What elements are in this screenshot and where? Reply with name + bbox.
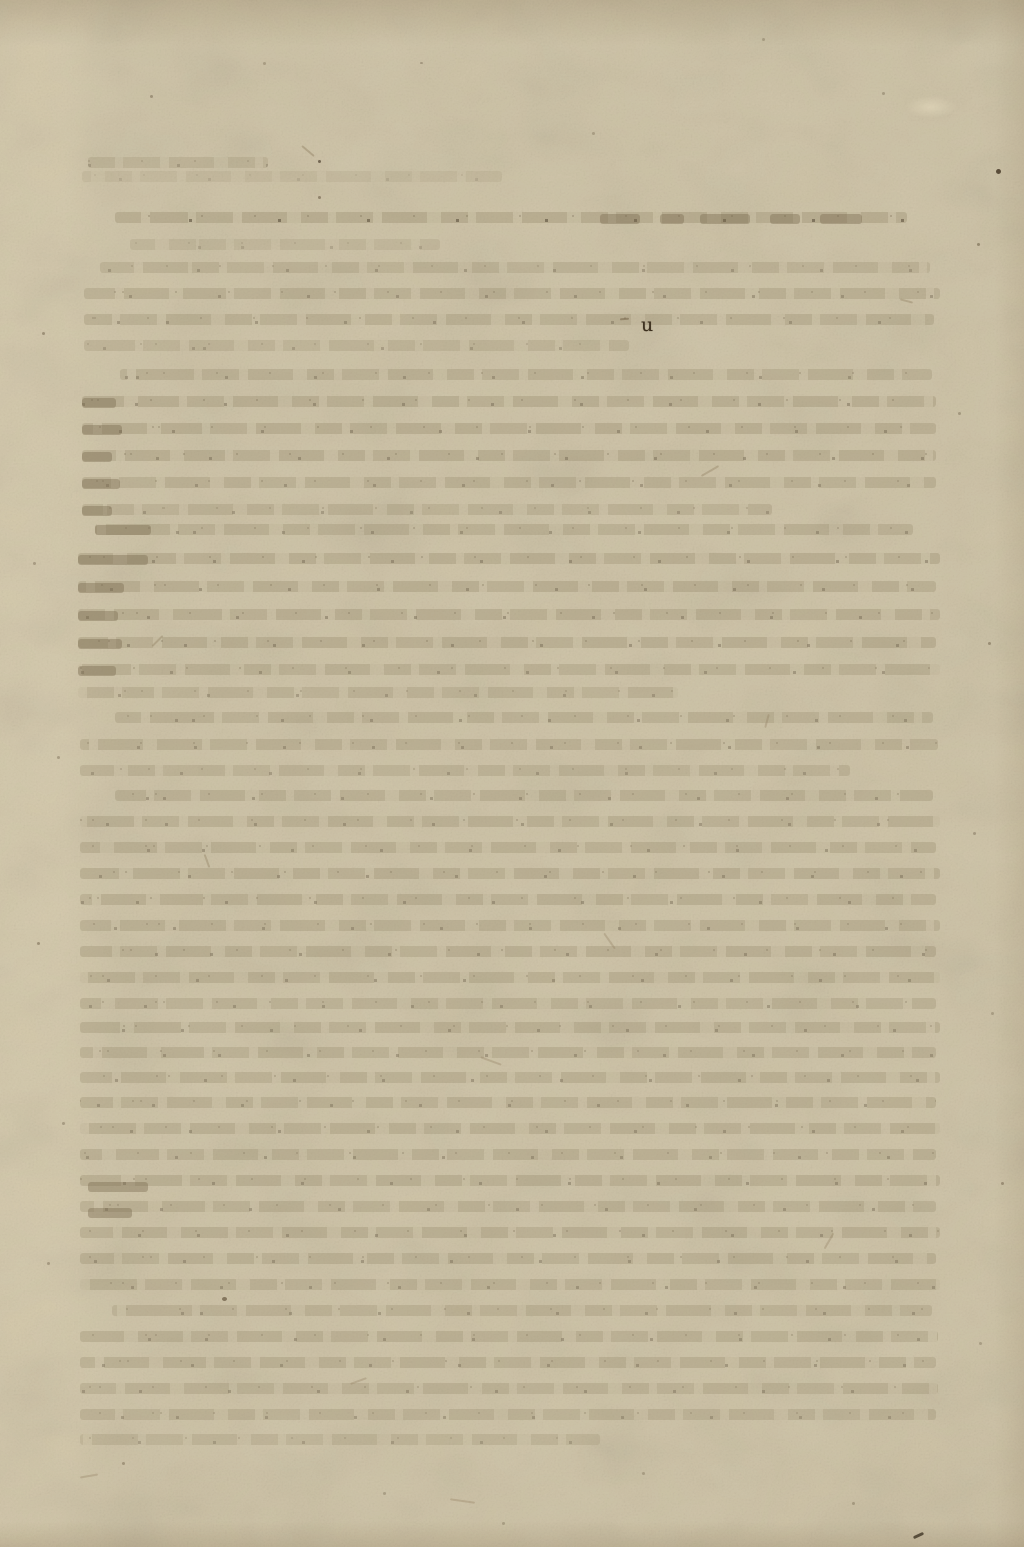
faded-text-line (80, 765, 850, 776)
paper-speck (592, 132, 595, 135)
faded-text-line (80, 1149, 936, 1160)
faded-word-fragment (78, 666, 116, 676)
faded-text-line (80, 1357, 936, 1368)
faded-text-line (80, 946, 936, 957)
faded-text-line (80, 1253, 936, 1264)
faded-text-line (84, 340, 629, 351)
paper-speck (57, 756, 60, 759)
paper-fiber (900, 298, 913, 303)
paper-speck (318, 196, 321, 199)
faded-text-line (80, 1123, 940, 1134)
faded-text-line (80, 1331, 938, 1342)
faded-word-fragment (78, 611, 118, 621)
paper-fiber (450, 1498, 475, 1503)
faded-word-fragment (88, 1182, 148, 1192)
faded-text-line (78, 664, 940, 675)
paper-speck (420, 62, 423, 64)
paper-smudge (905, 96, 957, 118)
faded-word-fragment (82, 452, 112, 462)
paper-speck (958, 412, 961, 415)
faded-word-fragment (78, 639, 122, 649)
paper-speck (42, 332, 45, 335)
scanned-page: u (0, 0, 1024, 1547)
faded-word-fragment (600, 214, 640, 224)
faded-text-line (112, 1305, 932, 1316)
faded-text-line (120, 369, 932, 380)
faded-word-fragment (660, 214, 684, 224)
paper-speck (979, 1342, 982, 1345)
faded-text-line (84, 288, 940, 299)
faded-text-line (84, 314, 934, 325)
paper-speck (62, 1122, 65, 1125)
faded-text-line (80, 1175, 940, 1186)
faded-text-line (78, 553, 940, 564)
paper-speck (977, 243, 980, 246)
paper-speck (973, 832, 976, 835)
paper-speck (37, 942, 40, 945)
paper-speck (33, 562, 36, 565)
paper-fiber (80, 1473, 98, 1478)
faded-text-line (82, 396, 936, 407)
faded-text-line (80, 1047, 936, 1058)
paper-speck (1001, 1182, 1004, 1185)
faded-text-line (80, 868, 940, 879)
faded-text-line (78, 687, 678, 698)
paper-speck (383, 1492, 386, 1495)
faded-text-line (80, 1383, 938, 1394)
faded-text-line (130, 239, 440, 250)
faded-text-line (100, 262, 930, 273)
paper-speck (263, 62, 266, 65)
legible-character: u (641, 316, 653, 335)
faded-text-line (80, 920, 940, 931)
paper-speck (222, 1297, 227, 1301)
faded-text-line (80, 1022, 940, 1033)
paper-speck (502, 1522, 505, 1525)
faded-text-line (82, 504, 772, 515)
faded-text-line (82, 171, 502, 182)
faded-word-fragment (88, 1208, 132, 1218)
paper-fiber (301, 145, 315, 157)
faded-text-line (80, 1201, 936, 1212)
faded-text-line (80, 1072, 940, 1083)
faded-text-line (78, 637, 936, 648)
faded-text-line (80, 894, 936, 905)
paper-speck (318, 160, 321, 163)
faded-text-line (115, 790, 933, 801)
faded-text-line (80, 1097, 936, 1108)
faded-text-line (80, 998, 936, 1009)
faded-text-line (78, 581, 936, 592)
paper-speck (996, 169, 1001, 174)
paper-speck (642, 1472, 645, 1475)
faded-word-fragment (78, 583, 124, 593)
faded-text-line (88, 157, 268, 168)
faded-text-line (82, 477, 936, 488)
paper-fiber (913, 1532, 924, 1539)
faded-word-fragment (82, 506, 112, 516)
paper-speck (988, 642, 991, 645)
paper-speck (47, 1262, 50, 1265)
faded-text-line (95, 524, 913, 535)
faded-text-line (115, 712, 933, 723)
faded-word-fragment (770, 214, 800, 224)
paper-speck (762, 38, 765, 41)
paper-speck (150, 95, 153, 98)
faded-text-line (82, 450, 936, 461)
faded-text-line (80, 1434, 600, 1445)
faded-text-line (80, 816, 940, 827)
faded-text-line (80, 972, 940, 983)
paper-speck (991, 1012, 994, 1015)
faded-word-fragment (82, 398, 116, 408)
faded-text-line (80, 1227, 940, 1238)
faded-text-line (80, 842, 936, 853)
faded-text-line (80, 739, 938, 750)
paper-fiber (204, 854, 211, 868)
paper-speck (852, 1502, 855, 1505)
faded-text-line (80, 1279, 940, 1290)
faded-word-fragment (820, 214, 862, 224)
faded-word-fragment (78, 555, 148, 565)
paper-fiber (701, 465, 719, 477)
faded-text-line (82, 423, 936, 434)
faded-word-fragment (95, 525, 151, 535)
faded-word-fragment (82, 479, 120, 489)
paper-speck (882, 92, 885, 95)
faded-word-fragment (700, 214, 750, 224)
faded-text-line (78, 609, 940, 620)
paper-speck (122, 1462, 125, 1465)
faded-text-line (80, 1409, 936, 1420)
faded-word-fragment (82, 425, 122, 435)
